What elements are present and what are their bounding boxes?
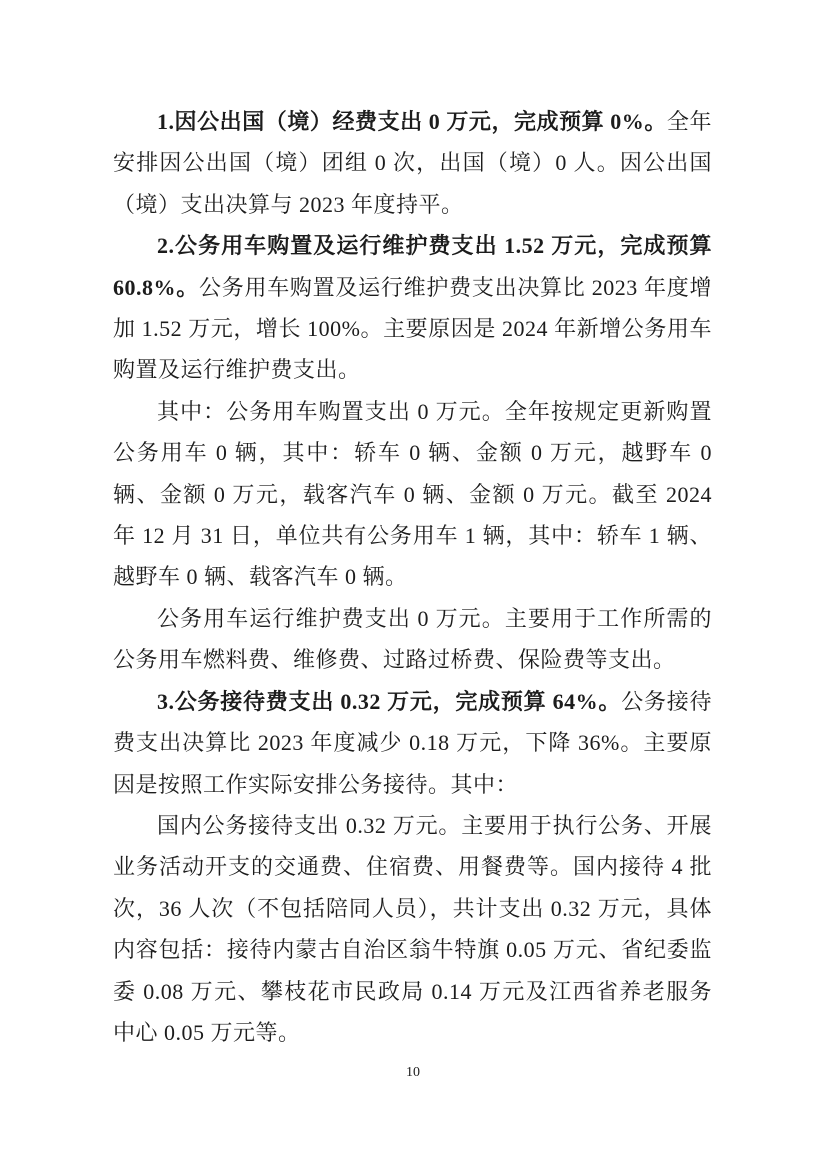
- document-body: 1.因公出国（境）经费支出 0 万元，完成预算 0%。全年安排因公出国（境）团组…: [113, 101, 712, 1053]
- paragraph-lead-bold: 3.公务接待费支出 0.32 万元，完成预算 64%。: [157, 689, 621, 714]
- page-number: 10: [0, 1063, 826, 1083]
- paragraph-text: 其中：公务用车购置支出 0 万元。全年按规定更新购置公务用车 0 辆，其中：轿车…: [113, 399, 712, 590]
- paragraph-text: 公务用车运行维护费支出 0 万元。主要用于工作所需的公务用车燃料费、维修费、过路…: [113, 606, 712, 672]
- paragraph-text: 国内公务接待支出 0.32 万元。主要用于执行公务、开展业务活动开支的交通费、住…: [113, 813, 712, 1045]
- paragraph-text: 公务用车购置及运行维护费支出决算比 2023 年度增加 1.52 万元，增长 1…: [113, 275, 712, 383]
- paragraph-vehicle-maintenance-detail: 公务用车运行维护费支出 0 万元。主要用于工作所需的公务用车燃料费、维修费、过路…: [113, 598, 712, 681]
- paragraph-overseas-travel: 1.因公出国（境）经费支出 0 万元，完成预算 0%。全年安排因公出国（境）团组…: [113, 101, 712, 225]
- paragraph-domestic-reception-detail: 国内公务接待支出 0.32 万元。主要用于执行公务、开展业务活动开支的交通费、住…: [113, 805, 712, 1053]
- paragraph-reception-expense: 3.公务接待费支出 0.32 万元，完成预算 64%。公务接待费支出决算比 20…: [113, 681, 712, 805]
- paragraph-vehicle-purchase-detail: 其中：公务用车购置支出 0 万元。全年按规定更新购置公务用车 0 辆，其中：轿车…: [113, 391, 712, 598]
- paragraph-vehicle-expense: 2.公务用车购置及运行维护费支出 1.52 万元，完成预算 60.8%。公务用车…: [113, 225, 712, 391]
- paragraph-lead-bold: 1.因公出国（境）经费支出 0 万元，完成预算 0%。: [157, 109, 667, 134]
- document-page: 1.因公出国（境）经费支出 0 万元，完成预算 0%。全年安排因公出国（境）团组…: [0, 0, 826, 1169]
